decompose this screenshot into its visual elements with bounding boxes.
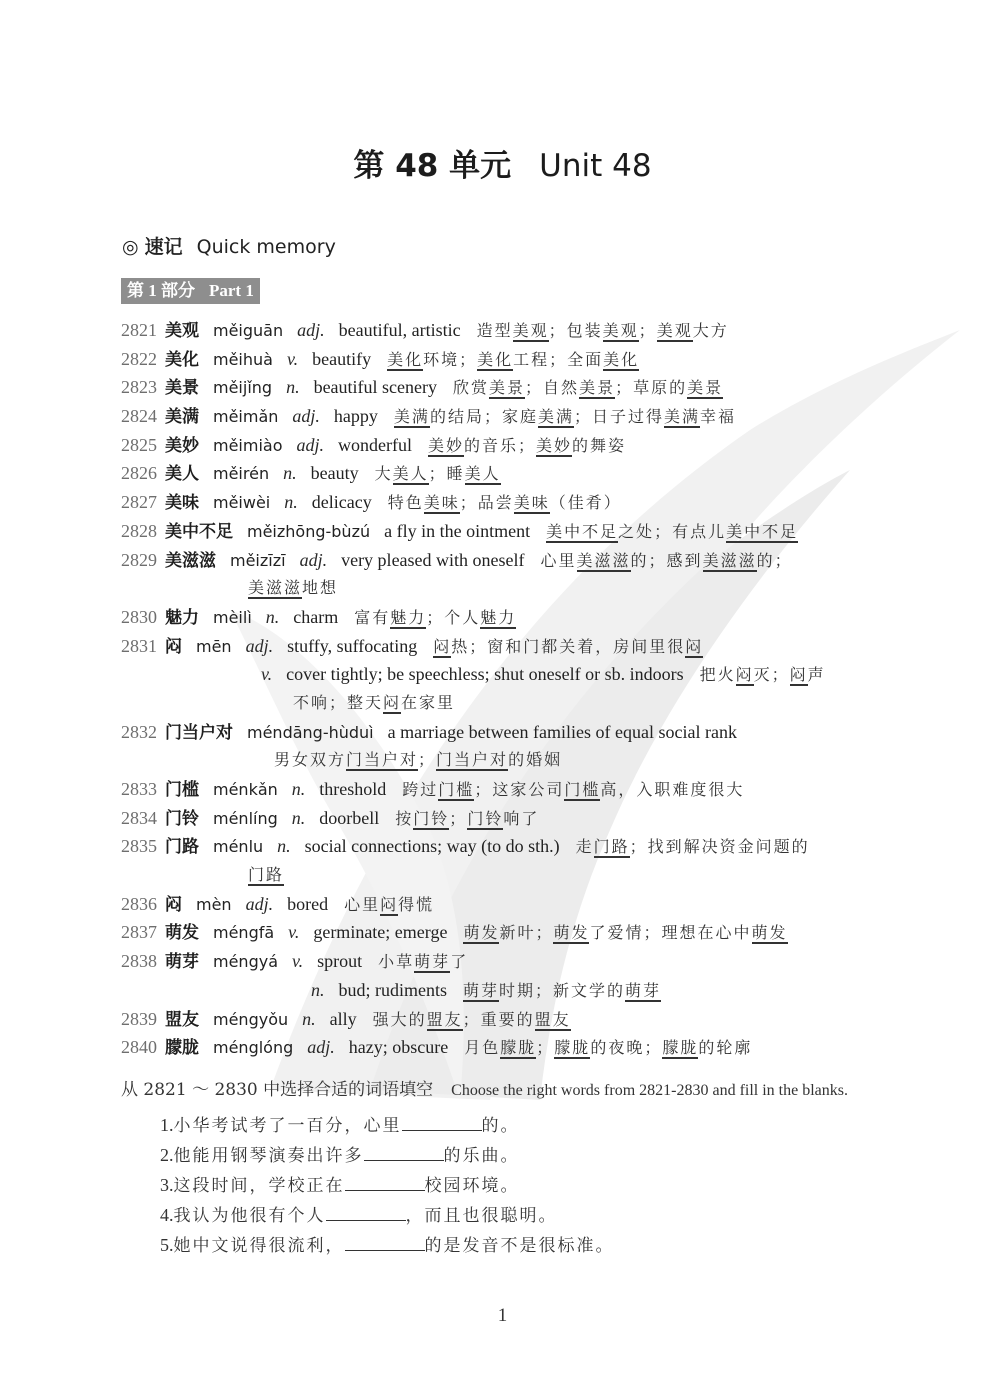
entry-number: 2837 (121, 918, 165, 947)
question-number: 1. (160, 1115, 174, 1135)
entry-examples: 萌芽时期；新文学的萌芽 (463, 981, 661, 1002)
entry-pos: n. (311, 980, 325, 1000)
entry-pos: n. (286, 377, 300, 397)
entry-pinyin: měizīzī (230, 551, 286, 570)
entry-examples: 特色美味；品尝美味（佳肴） (388, 493, 622, 514)
entry-headword: 闷 (165, 637, 182, 657)
entry-examples: 美妙的音乐；美妙的舞姿 (428, 436, 626, 457)
entry-examples: 萌发新叶；萌发了爱情；理想在心中萌发 (463, 923, 787, 944)
entry-headword: 美妙 (165, 436, 199, 456)
entry-pinyin: měihuà (213, 350, 273, 369)
exercise-question: 4.我认为他很有个人，而且也很聪明。 (160, 1200, 615, 1230)
entry-examples: 闷热；窗和门都关着，房间里很闷 (433, 637, 703, 658)
question-text-before: 这段时间，学校正在 (174, 1176, 345, 1196)
vocab-entry: 2840朦胧ménglóngadj.hazy; obscure月色朦胧；朦胧的夜… (121, 1033, 901, 1062)
entry-headword: 萌发 (165, 923, 199, 943)
vocab-entry: 2823美景měijǐngn.beautiful scenery欣赏美景；自然美… (121, 373, 901, 402)
entry-pinyin: měimǎn (213, 407, 278, 426)
entry-pos: n. (292, 779, 306, 799)
entry-examples: 按门铃；门铃响了 (395, 809, 539, 830)
entry-pinyin: mèilì (213, 608, 252, 627)
entry-headword: 美景 (165, 378, 199, 398)
vocab-entry: 2833门槛ménkǎnn.threshold跨过门槛；这家公司门槛高，入职难度… (121, 775, 901, 804)
entry-definition: a fly in the ointment (384, 521, 530, 541)
entry-examples: 美化环境；美化工程；全面美化 (387, 350, 639, 371)
answer-blank[interactable] (402, 1112, 482, 1131)
vocab-entry: 2826美人měirénn.beauty大美人；睡美人 (121, 459, 901, 488)
entry-examples: 造型美观；包装美观；美观大方 (477, 321, 729, 342)
entry-number: 2829 (121, 546, 165, 575)
entry-definition: beautiful, artistic (339, 320, 461, 340)
entry-number: 2833 (121, 775, 165, 804)
vocab-entry: 2827美味měiwèin.delicacy特色美味；品尝美味（佳肴） (121, 488, 901, 517)
entry-definition: delicacy (312, 492, 372, 512)
entry-examples: 月色朦胧；朦胧的夜晚；朦胧的轮廓 (464, 1038, 752, 1059)
entry-number: 2828 (121, 517, 165, 546)
exercise-title-en: Choose the right words from 2821-2830 an… (451, 1082, 848, 1099)
entry-pos: adj. (246, 894, 274, 914)
entry-pos: n. (292, 808, 306, 828)
exercise-title-zh: 从 2821 ～ 2830 中选择合适的词语填空 (121, 1080, 433, 1100)
entry-examples: 大美人；睡美人 (375, 464, 501, 485)
entry-pinyin: mèn (196, 895, 232, 914)
entry-definition: cover tightly; be speechless; shut onese… (286, 664, 683, 684)
entry-examples: 跨过门槛；这家公司门槛高，入职难度很大 (402, 780, 744, 801)
vocab-entry-continuation: 美滋滋地想 (121, 574, 901, 603)
entry-headword: 美滋滋 (165, 551, 216, 571)
exercise-question: 3.这段时间，学校正在校园环境。 (160, 1170, 615, 1200)
entry-number: 2832 (121, 718, 165, 747)
entry-number: 2824 (121, 402, 165, 431)
entry-examples: 门路 (248, 865, 284, 886)
entry-number: 2822 (121, 345, 165, 374)
entry-number: 2826 (121, 459, 165, 488)
vocab-entry: 2834门铃ménlíngn.doorbell按门铃；门铃响了 (121, 804, 901, 833)
entry-number: 2836 (121, 890, 165, 919)
entry-number: 2823 (121, 373, 165, 402)
question-text-before: 她中文说得很流利， (174, 1236, 345, 1256)
entry-definition: happy (334, 406, 378, 426)
entry-number: 2825 (121, 431, 165, 460)
entry-definition: bud; rudiments (339, 980, 448, 1000)
entry-examples: 把火闷灭；闷声 (700, 665, 826, 686)
entry-headword: 门槛 (165, 780, 199, 800)
exercise-questions: 1.小华考试考了一百分，心里的。2.他能用钢琴演奏出许多的乐曲。3.这段时间，学… (160, 1110, 615, 1260)
question-text-after: ，而且也很聪明。 (406, 1206, 558, 1226)
entry-pinyin: mēn (196, 637, 232, 656)
part-badge: 第 1 部分Part 1 (121, 278, 260, 304)
entry-examples: 美中不足之处；有点儿美中不足 (546, 522, 798, 543)
entry-pinyin: měiguān (213, 321, 283, 340)
question-text-after: 的。 (482, 1116, 520, 1136)
question-text-before: 我认为他很有个人 (174, 1206, 326, 1226)
entry-examples: 不响；整天闷在家里 (293, 693, 455, 714)
entry-pos: adj. (297, 435, 325, 455)
entry-pinyin: méndāng-hùduì (247, 723, 374, 742)
question-number: 4. (160, 1205, 174, 1225)
entry-pos: v. (261, 664, 272, 684)
entry-headword: 门路 (165, 837, 199, 857)
exercise-question: 1.小华考试考了一百分，心里的。 (160, 1110, 615, 1140)
entry-headword: 美味 (165, 493, 199, 513)
entry-pinyin: měizhōng-bùzú (247, 522, 370, 541)
vocab-entry: 2828美中不足měizhōng-bùzúa fly in the ointme… (121, 517, 901, 546)
entry-number: 2835 (121, 832, 165, 861)
entry-headword: 魅力 (165, 608, 199, 628)
entry-pos: n. (283, 463, 297, 483)
entry-number: 2834 (121, 804, 165, 833)
entry-headword: 美满 (165, 407, 199, 427)
answer-blank[interactable] (345, 1232, 425, 1251)
entry-definition: hazy; obscure (349, 1037, 448, 1057)
entry-definition: stuffy, suffocating (287, 636, 417, 656)
entry-pinyin: ménkǎn (213, 780, 278, 799)
vocab-entry: 2831闷mēnadj.stuffy, suffocating闷热；窗和门都关着… (121, 632, 901, 661)
vocab-entry-continuation: 门路 (121, 861, 901, 890)
vocab-entry: 2838萌芽méngyáv.sprout小草萌芽了 (121, 947, 901, 976)
question-text-before: 他能用钢琴演奏出许多 (174, 1146, 364, 1166)
entry-pinyin: měirén (213, 464, 269, 483)
entry-examples: 富有魅力；个人魅力 (354, 608, 516, 629)
entry-pos: adj. (292, 406, 320, 426)
vocab-entry-continuation: 男女双方门当户对；门当户对的婚姻 (121, 746, 901, 775)
question-text-after: 的乐曲。 (444, 1146, 520, 1166)
question-number: 3. (160, 1175, 174, 1195)
entry-number: 2839 (121, 1005, 165, 1034)
vocab-entry: 2822美化měihuàv.beautify美化环境；美化工程；全面美化 (121, 345, 901, 374)
entry-headword: 美中不足 (165, 522, 233, 542)
entry-pinyin: méngyǒu (213, 1010, 288, 1029)
entry-pinyin: ménlu (213, 837, 263, 856)
exercise-title: 从 2821 ～ 2830 中选择合适的词语填空Choose the right… (121, 1075, 848, 1100)
question-text-after: 校园环境。 (425, 1176, 520, 1196)
page-title: 第 48 单元Unit 48 (0, 140, 1005, 185)
answer-blank[interactable] (364, 1142, 444, 1161)
entry-headword: 美化 (165, 350, 199, 370)
entry-pinyin: ménlíng (213, 809, 278, 828)
entry-examples: 走门路；找到解决资金问题的 (576, 837, 810, 858)
section-heading-zh: 速记 (145, 236, 183, 258)
entry-definition: charm (293, 607, 338, 627)
entry-pos: adj. (246, 636, 274, 656)
entry-number: 2831 (121, 632, 165, 661)
entry-pinyin: méngfā (213, 923, 274, 942)
entry-pinyin: ménglóng (213, 1038, 293, 1057)
entry-examples: 美满的结局；家庭美满；日子过得美满幸福 (394, 407, 736, 428)
entry-definition: bored (287, 894, 328, 914)
entry-definition: beautify (312, 349, 371, 369)
entry-examples: 心里美滋滋的；感到美滋滋的； (541, 551, 793, 572)
entry-number: 2821 (121, 316, 165, 345)
entry-pos: adj. (300, 550, 328, 570)
entry-definition: threshold (319, 779, 386, 799)
exercise-question: 2.他能用钢琴演奏出许多的乐曲。 (160, 1140, 615, 1170)
section-heading: ◎ 速记Quick memory (122, 232, 336, 259)
vocab-entry: 2824美满měimǎnadj.happy美满的结局；家庭美满；日子过得美满幸福 (121, 402, 901, 431)
entry-pinyin: měimiào (213, 436, 283, 455)
answer-blank[interactable] (326, 1202, 406, 1221)
vocab-entry: 2835门路ménlun.social connections; way (to… (121, 832, 901, 861)
entry-pos: adj. (297, 320, 325, 340)
vocab-entry: 2839盟友méngyǒun.ally强大的盟友；重要的盟友 (121, 1005, 901, 1034)
vocab-entry: 2825美妙měimiàoadj.wonderful美妙的音乐；美妙的舞姿 (121, 431, 901, 460)
vocabulary-list: 2821美观měiguānadj.beautiful, artistic造型美观… (121, 316, 901, 1062)
entry-pos: v. (288, 922, 299, 942)
vocab-entry: 2837萌发méngfāv.germinate; emerge萌发新叶；萌发了爱… (121, 918, 901, 947)
question-number: 2. (160, 1145, 174, 1165)
vocab-entry: 2830魅力mèilìn.charm富有魅力；个人魅力 (121, 603, 901, 632)
entry-headword: 萌芽 (165, 952, 199, 972)
page-title-zh: 第 48 单元 (353, 148, 511, 184)
entry-examples: 心里闷得慌 (344, 895, 434, 916)
part-badge-en: Part 1 (209, 281, 254, 300)
entry-definition: wonderful (338, 435, 412, 455)
vocab-entry: 2821美观měiguānadj.beautiful, artistic造型美观… (121, 316, 901, 345)
vocab-entry-continuation: 不响；整天闷在家里 (121, 689, 901, 718)
entry-pinyin: měijǐng (213, 378, 272, 397)
vocab-entry: 2829美滋滋měizīzīadj.very pleased with ones… (121, 546, 901, 575)
entry-headword: 门铃 (165, 809, 199, 829)
entry-examples: 小草萌芽了 (378, 952, 468, 973)
entry-number: 2838 (121, 947, 165, 976)
exercise-question: 5.她中文说得很流利，的是发音不是很标准。 (160, 1230, 615, 1260)
question-text-after: 的是发音不是很标准。 (425, 1236, 615, 1256)
entry-definition: beautiful scenery (314, 377, 437, 397)
entry-pos: n. (277, 836, 291, 856)
vocab-entry: 2832门当户对méndāng-hùduìa marriage between … (121, 718, 901, 747)
entry-pinyin: méngyá (213, 952, 278, 971)
double-circle-icon: ◎ (122, 236, 139, 258)
entry-headword: 盟友 (165, 1010, 199, 1030)
entry-definition: doorbell (319, 808, 379, 828)
entry-definition: ally (330, 1009, 357, 1029)
question-number: 5. (160, 1235, 174, 1255)
entry-headword: 闷 (165, 895, 182, 915)
entry-pinyin: měiwèi (213, 493, 270, 512)
entry-number: 2827 (121, 488, 165, 517)
entry-definition: beauty (311, 463, 359, 483)
entry-pos: v. (292, 951, 303, 971)
entry-definition: very pleased with oneself (341, 550, 524, 570)
entry-pos: v. (287, 349, 298, 369)
entry-number: 2840 (121, 1033, 165, 1062)
part-badge-zh: 第 1 部分 (127, 281, 195, 300)
page-number: 1 (0, 1305, 1005, 1327)
section-heading-en: Quick memory (197, 236, 336, 258)
entry-headword: 美人 (165, 464, 199, 484)
entry-examples: 男女双方门当户对；门当户对的婚姻 (274, 750, 562, 771)
entry-definition: germinate; emerge (313, 922, 447, 942)
entry-number: 2830 (121, 603, 165, 632)
entry-headword: 美观 (165, 321, 199, 341)
vocab-entry-sense: v.cover tightly; be speechless; shut one… (121, 660, 901, 689)
entry-definition: social connections; way (to do sth.) (305, 836, 560, 856)
question-text-before: 小华考试考了一百分，心里 (174, 1116, 402, 1136)
entry-definition: sprout (317, 951, 362, 971)
entry-definition: a marriage between families of equal soc… (388, 722, 737, 742)
entry-pos: adj. (307, 1037, 335, 1057)
entry-examples: 强大的盟友；重要的盟友 (373, 1010, 571, 1031)
vocab-entry: 2836闷mènadj.bored心里闷得慌 (121, 890, 901, 919)
entry-pos: n. (284, 492, 298, 512)
entry-headword: 门当户对 (165, 723, 233, 743)
entry-headword: 朦胧 (165, 1038, 199, 1058)
entry-examples: 欣赏美景；自然美景；草原的美景 (453, 378, 723, 399)
answer-blank[interactable] (345, 1172, 425, 1191)
entry-pos: n. (266, 607, 280, 627)
entry-pos: n. (302, 1009, 316, 1029)
page-title-en: Unit 48 (539, 148, 651, 184)
entry-examples: 美滋滋地想 (248, 578, 338, 599)
vocab-entry-sense: n.bud; rudiments萌芽时期；新文学的萌芽 (121, 976, 901, 1005)
